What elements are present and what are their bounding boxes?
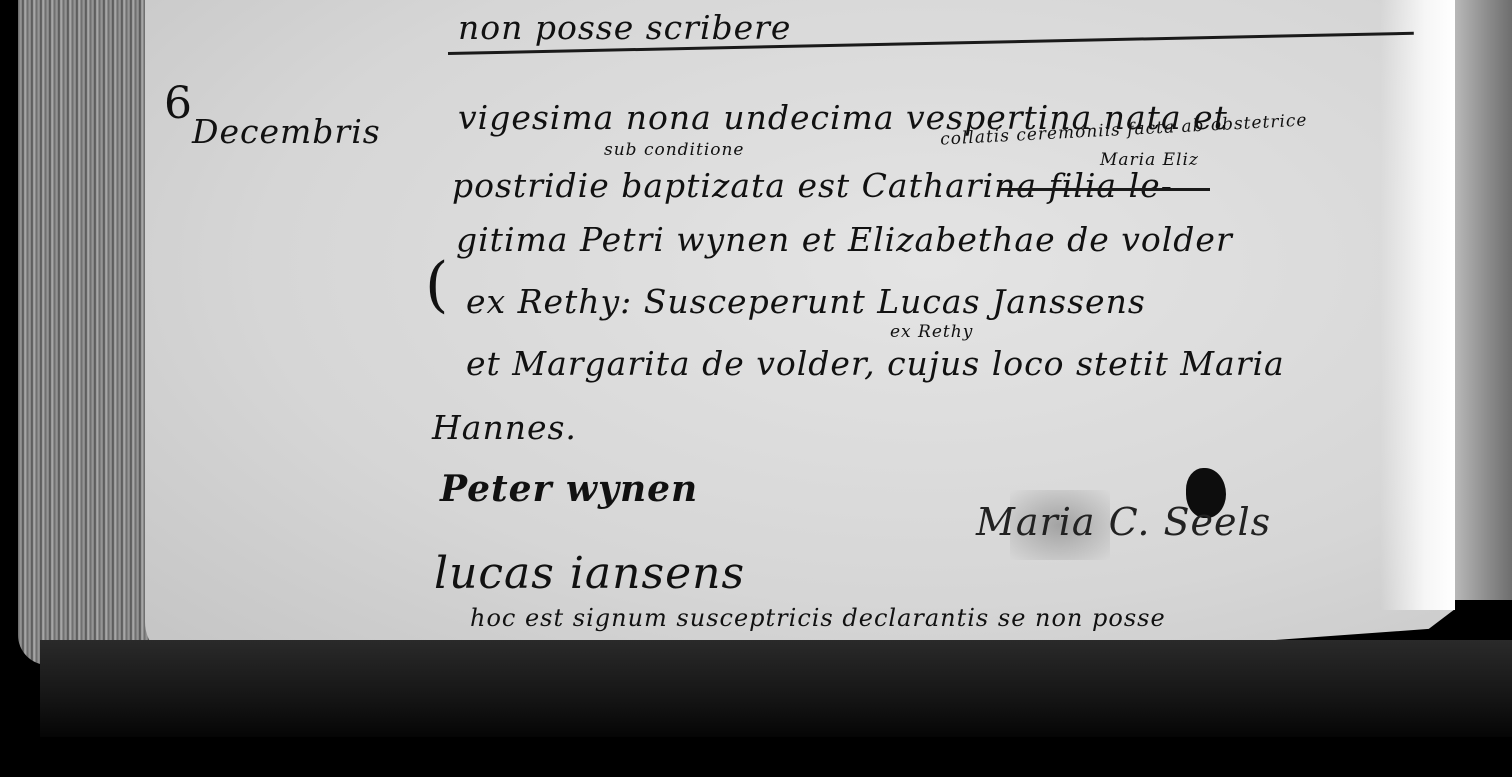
margin-month: Decembris xyxy=(192,112,381,151)
catharina-underline xyxy=(1000,188,1210,191)
interlinear-ex-rethy: ex Rethy xyxy=(890,322,973,342)
previous-entry-tail: non posse scribere xyxy=(458,8,791,47)
entry-line-1: vigesima nona undecima vespertina nata e… xyxy=(458,98,1228,137)
scanned-register-page: non posse scribere 6 Decembris sub condi… xyxy=(0,0,1512,777)
interlinear-sub-conditione: sub conditione xyxy=(604,140,745,160)
book-page-edges xyxy=(18,0,158,665)
margin-page-mark: 6 xyxy=(164,78,192,129)
right-gutter-shadow xyxy=(1455,0,1512,600)
bottom-shadow xyxy=(40,640,1512,737)
footnote-line: hoc est signum susceptricis declarantis … xyxy=(470,604,1166,632)
page-highlight xyxy=(1380,0,1455,610)
entry-line-4: ex Rethy: Susceperunt Lucas Janssens xyxy=(466,282,1146,321)
entry-line-3: gitima Petri wynen et Elizabethae de vol… xyxy=(456,220,1233,259)
entry-line-6: Hannes. xyxy=(432,408,577,447)
signature-father: Peter wynen xyxy=(440,468,698,510)
entry-line-5: et Margarita de volder, cujus loco steti… xyxy=(466,344,1285,383)
bottom-black-bar xyxy=(0,737,1512,777)
entry-line-2: postridie baptizata est Catharina filia … xyxy=(452,166,1173,205)
signature-godfather: lucas iansens xyxy=(434,548,745,599)
signature-godmother: Maria C. Seels xyxy=(976,500,1271,544)
bracket-mark: ( xyxy=(425,250,448,320)
